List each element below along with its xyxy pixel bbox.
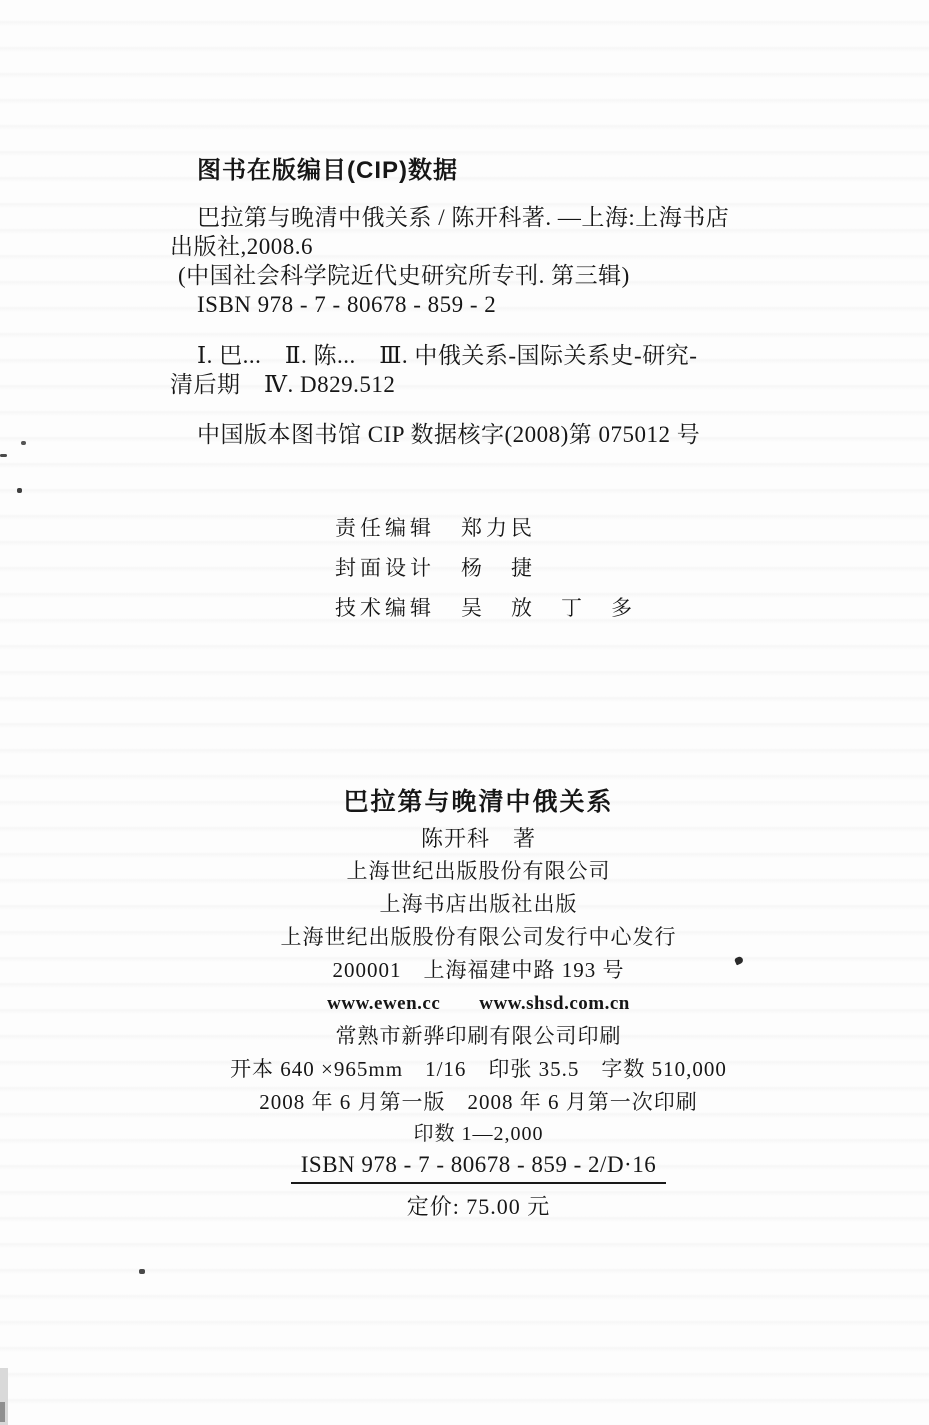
distributor: 上海世纪出版股份有限公司发行中心发行 — [28, 921, 929, 954]
scan-speck — [139, 1269, 145, 1274]
cip-classification: Ⅰ. 巴... Ⅱ. 陈... Ⅲ. 中俄关系-国际关系史-研究- 清后期 Ⅳ.… — [170, 341, 830, 399]
credit-row-cover-design: 封面设计杨 捷 — [335, 548, 636, 588]
cip-record-number: 中国版本图书馆 CIP 数据核字(2008)第 075012 号 — [170, 420, 830, 449]
cip-entry: 巴拉第与晚清中俄关系 / 陈开科著. —上海:上海书店 出版社,2008.6 (… — [170, 203, 830, 319]
publisher-websites: www.ewen.cc www.shsd.com.cn — [28, 987, 929, 1020]
isbn-number: ISBN 978 - 7 - 80678 - 859 - 2/D·16 — [291, 1151, 666, 1184]
impression-count: 印数 1—2,000 — [28, 1119, 929, 1149]
publisher: 上海书店出版社出版 — [28, 888, 929, 921]
credit-row-editor: 责任编辑郑力民 — [335, 508, 636, 548]
colophon-block: 巴拉第与晚清中俄关系 陈开科 著 上海世纪出版股份有限公司 上海书店出版社出版 … — [28, 783, 929, 1223]
book-title: 巴拉第与晚清中俄关系 — [28, 783, 929, 822]
publisher-address: 200001 上海福建中路 193 号 — [28, 954, 929, 987]
cip-entry-line: 巴拉第与晚清中俄关系 / 陈开科著. —上海:上海书店 — [170, 203, 830, 232]
cip-class-line: Ⅰ. 巴... Ⅱ. 陈... Ⅲ. 中俄关系-国际关系史-研究- — [170, 341, 830, 370]
scan-speck — [17, 488, 22, 493]
cip-isbn-line: ISBN 978 - 7 - 80678 - 859 - 2 — [170, 290, 830, 319]
credit-name: 郑力民 — [461, 516, 536, 540]
credit-name: 杨 捷 — [461, 556, 536, 580]
cip-heading: 图书在版编目(CIP)数据 — [170, 156, 830, 186]
publishing-group: 上海世纪出版股份有限公司 — [28, 855, 929, 888]
credit-row-technical-editor: 技术编辑吴 放 丁 多 — [335, 588, 636, 628]
printer: 常熟市新骅印刷有限公司印刷 — [28, 1020, 929, 1053]
price: 定价: 75.00 元 — [28, 1190, 929, 1223]
credit-role: 技术编辑 — [335, 596, 435, 620]
scan-speck — [21, 441, 26, 445]
credits-block: 责任编辑郑力民 封面设计杨 捷 技术编辑吴 放 丁 多 — [335, 508, 636, 628]
cip-block: 图书在版编目(CIP)数据 巴拉第与晚清中俄关系 / 陈开科著. —上海:上海书… — [170, 156, 830, 449]
credit-name: 吴 放 丁 多 — [461, 596, 636, 620]
book-copyright-page: { "cip": { "heading": "图书在版编目(CIP)数据", "… — [0, 0, 929, 1425]
book-author: 陈开科 著 — [28, 822, 929, 855]
edition-info: 2008 年 6 月第一版 2008 年 6 月第一次印刷 — [28, 1086, 929, 1119]
isbn-row: ISBN 978 - 7 - 80678 - 859 - 2/D·16 — [28, 1151, 929, 1184]
credit-role: 责任编辑 — [335, 516, 435, 540]
credit-role: 封面设计 — [335, 556, 435, 580]
cip-series-line: (中国社会科学院近代史研究所专刊. 第三辑) — [170, 261, 830, 290]
format-spec: 开本 640 ×965mm 1/16 印张 35.5 字数 510,000 — [28, 1053, 929, 1086]
cip-class-line: 清后期 Ⅳ. D829.512 — [170, 370, 830, 399]
scan-edge-mark — [0, 1402, 5, 1422]
scan-speck — [0, 454, 7, 457]
cip-entry-line: 出版社,2008.6 — [170, 232, 830, 261]
